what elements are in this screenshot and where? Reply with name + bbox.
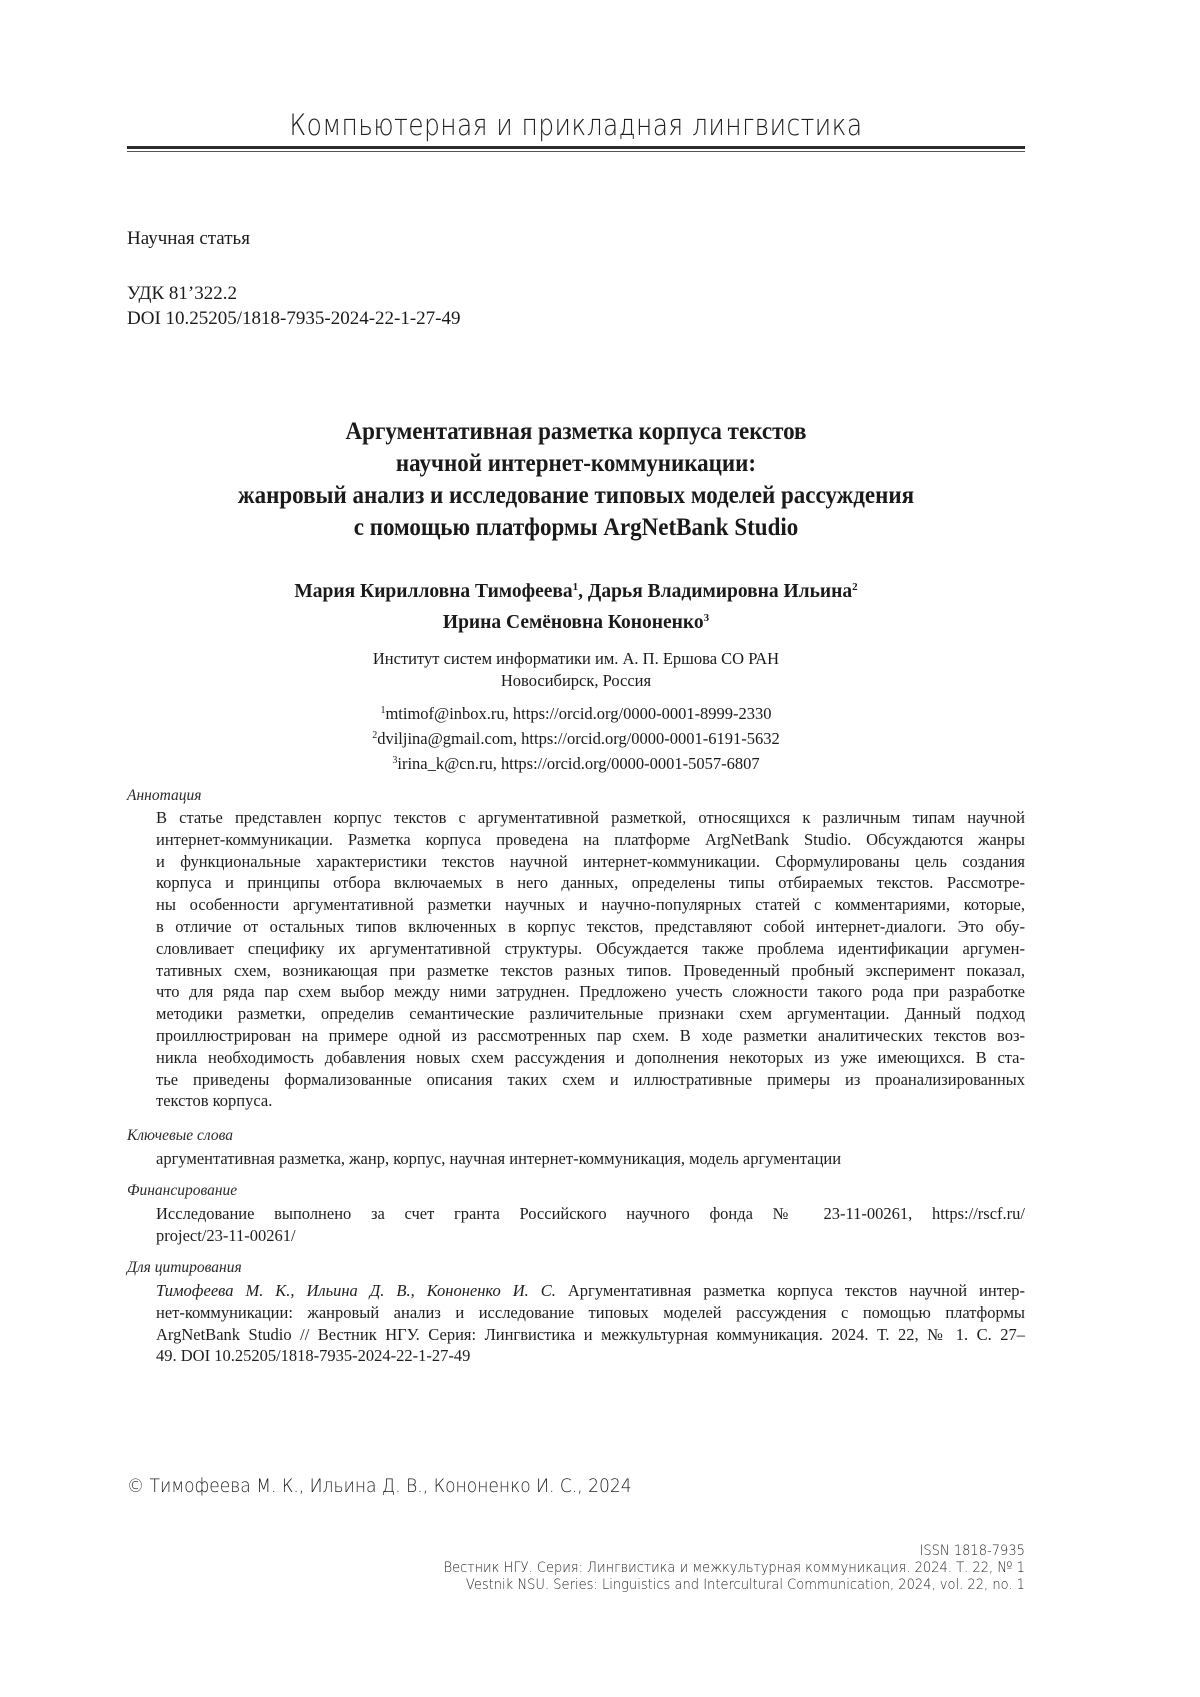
text-line: ны особенности аргументативной разметки … [156,894,1025,916]
article-type: Научная статья [127,228,250,250]
keywords-body: аргументативная разметка, жанр, корпус, … [156,1148,1025,1170]
affiliation: Институт систем информатики им. А. П. Ер… [127,648,1025,692]
author-separator: , [578,581,588,602]
text-line: словливает специфику их аргументативной … [156,938,1025,960]
text-line: и функциональные характеристики текстов … [156,851,1025,873]
text-line: что для ряда пар схем выбор между ними з… [156,981,1025,1003]
abstract-label: Аннотация [127,787,201,805]
text-line: тативных схем, возникающая при разметке … [156,960,1025,982]
funding-body: Исследование выполнено за счет гранта Ро… [156,1203,1025,1247]
city: Новосибирск, Россия [127,670,1025,692]
text-line: аргументативная разметка, жанр, корпус, … [156,1148,1025,1170]
text-line: интернет-коммуникации. Разметка корпуса … [156,829,1025,851]
contact-line[interactable]: 1mtimof@inbox.ru, https://orcid.org/0000… [127,700,1025,725]
citation-label: Для цитирования [127,1259,242,1277]
title-line: с помощью платформы ArgNetBank Studio [163,512,989,544]
institute: Институт систем информатики им. А. П. Ер… [127,648,1025,670]
author-name: Ирина Семёновна Кононенко [443,612,704,633]
text-line: В статье представлен корпус текстов с ар… [156,807,1025,829]
text-line: методики разметки, определив семантическ… [156,1003,1025,1025]
authors-line: Ирина Семёновна Кононенко3 [127,605,1025,636]
authors-line: Мария Кирилловна Тимофеева1, Дарья Влади… [127,574,1025,605]
keywords-label: Ключевые слова [127,1127,233,1145]
author-mark: 3 [704,612,710,624]
title-line: жанровый анализ и исследование типовых м… [163,480,989,512]
authors: Мария Кирилловна Тимофеева1, Дарья Влади… [127,574,1025,636]
journal-footer: ISSN 1818-7935 Вестник НГУ. Серия: Лингв… [444,1543,1025,1594]
text-line: нет-коммуникации: жанровый анализ и иссл… [156,1302,1025,1324]
text-line: ArgNetBank Studio // Вестник НГУ. Серия:… [156,1324,1025,1346]
copyright: © Тимофеева М. К., Ильина Д. В., Кононен… [127,1475,632,1497]
contact-text[interactable]: irina_k@cn.ru, https://orcid.org/0000-00… [397,754,759,773]
text-line: корпуса и принципы отбора включаемых в н… [156,872,1025,894]
contacts: 1mtimof@inbox.ru, https://orcid.org/0000… [127,700,1025,775]
journal-ru: Вестник НГУ. Серия: Лингвистика и межкул… [444,1560,1025,1577]
funding-label: Финансирование [127,1182,237,1200]
title-line: научной интернет-коммуникации: [163,448,989,480]
author-name: Мария Кирилловна Тимофеева [294,581,572,602]
doi: DOI 10.25205/1818-7935-2024-22-1-27-49 [127,308,461,330]
author-mark: 2 [852,581,858,593]
contact-line[interactable]: 2dviljina@gmail.com, https://orcid.org/0… [127,725,1025,750]
issn: ISSN 1818-7935 [444,1543,1025,1560]
abstract-body: В статье представлен корпус текстов с ар… [156,807,1025,1112]
text-line: 49. DOI 10.25205/1818-7935-2024-22-1-27-… [156,1345,1025,1367]
contact-line[interactable]: 3irina_k@cn.ru, https://orcid.org/0000-0… [127,750,1025,775]
contact-text[interactable]: dviljina@gmail.com, https://orcid.org/00… [377,729,780,748]
udk-code: УДК 81’322.2 [127,283,237,305]
article-title: Аргументативная разметка корпуса текстов… [127,416,1025,544]
header-rule-thin [127,151,1025,152]
citation-authors: Тимофеева М. К., Ильина Д. В., Кононенко… [156,1281,556,1300]
text-line: Исследование выполнено за счет гранта Ро… [156,1203,1025,1225]
text-line: проиллюстрирован на примере одной из рас… [156,1025,1025,1047]
text-line: тье приведены формализованные описания т… [156,1069,1025,1091]
author-name: Дарья Владимировна Ильина [588,581,852,602]
running-head: Компьютерная и прикладная лингвистика [190,108,962,142]
text-line: в отличие от остальных типов включенных … [156,916,1025,938]
title-line: Аргументативная разметка корпуса текстов [163,416,989,448]
citation-body: Тимофеева М. К., Ильина Д. В., Кононенко… [156,1280,1025,1367]
header-rule [127,146,1025,149]
journal-en: Vestnik NSU. Series: Linguistics and Int… [444,1577,1025,1594]
text-line: project/23-11-00261/ [156,1225,1025,1247]
text-line: никла необходимость добавления новых схе… [156,1047,1025,1069]
contact-text[interactable]: mtimof@inbox.ru, https://orcid.org/0000-… [385,704,771,723]
text-line: Тимофеева М. К., Ильина Д. В., Кононенко… [156,1280,1025,1302]
text-line: текстов корпуса. [156,1090,1025,1112]
